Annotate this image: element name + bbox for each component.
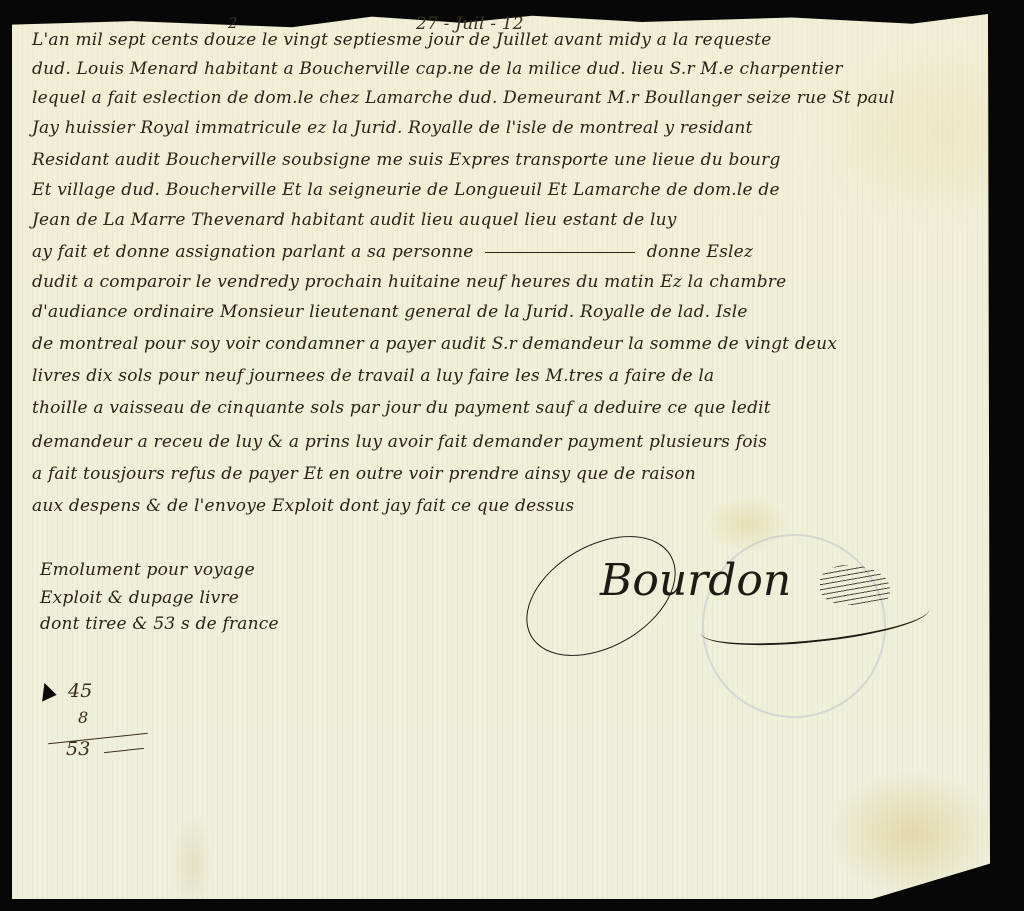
signature: Bourdon <box>600 555 791 606</box>
body-line: dudit a comparoir le vendredy prochain h… <box>32 272 786 292</box>
body-line: de montreal pour soy voir condamner a pa… <box>32 334 837 354</box>
body-line: Jay huissier Royal immatricule ez la Jur… <box>32 118 753 138</box>
tally-value: 8 <box>78 708 88 727</box>
tally-total: 53 <box>66 738 91 760</box>
body-line: demandeur a receu de luy & a prins luy a… <box>32 432 767 452</box>
body-line: lequel a fait eslection de dom.le chez L… <box>32 88 895 108</box>
body-line: aux despens & de l'envoye Exploit dont j… <box>32 496 574 516</box>
body-line: dud. Louis Menard habitant a Bouchervill… <box>32 59 843 79</box>
fees-line: dont tiree & 53 s de france <box>40 614 279 634</box>
body-line: L'an mil sept cents douze le vingt septi… <box>32 30 771 50</box>
body-line: ay fait et donne assignation parlant a s… <box>32 242 753 262</box>
body-line: thoille a vaisseau de cinquante sols par… <box>32 398 771 418</box>
line-filler <box>485 252 635 253</box>
body-line-text: ay fait et donne assignation parlant a s… <box>32 242 474 262</box>
body-line: livres dix sols pour neuf journees de tr… <box>32 366 714 386</box>
body-line: d'audiance ordinaire Monsieur lieutenant… <box>32 302 748 322</box>
fees-line: Exploit & dupage livre <box>40 588 239 608</box>
fees-line: Emolument pour voyage <box>40 560 255 580</box>
body-line: Et village dud. Boucherville Et la seign… <box>32 180 780 200</box>
body-line: a fait tousjours refus de payer Et en ou… <box>32 464 696 484</box>
document-sheet <box>12 14 1012 899</box>
tally-value: 45 <box>68 680 93 702</box>
body-line: Jean de La Marre Thevenard habitant audi… <box>32 210 677 230</box>
body-line: Residant audit Boucherville soubsigne me… <box>32 150 781 170</box>
body-line-tail: donne Eslez <box>647 242 753 262</box>
